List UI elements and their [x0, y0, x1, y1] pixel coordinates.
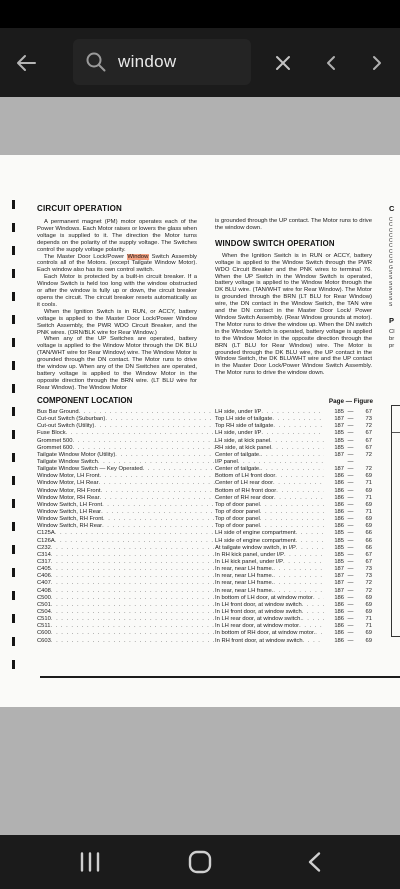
- component-location-heading: COMPONENT LOCATION: [37, 396, 132, 405]
- android-screen: window CIRCUIT OPERATION A permanent mag…: [0, 0, 400, 889]
- recents-icon: [79, 852, 101, 872]
- close-search-button[interactable]: [264, 41, 302, 85]
- table-row: C406In rear, near LH frame.187—73: [37, 573, 372, 580]
- sliver-line: br: [389, 336, 400, 343]
- back-chevron-icon: [306, 851, 322, 873]
- table-row: C501In LH front door, at window switch18…: [37, 602, 372, 609]
- table-row: C232At tailgate window switch, in I/P185…: [37, 545, 372, 552]
- table-row: C510In LH rear door, at window switch.18…: [37, 616, 372, 623]
- find-in-page-toolbar: window: [0, 28, 400, 97]
- table-row: C603In RH front door, at window switch18…: [37, 638, 372, 645]
- sliver-line: Cl: [389, 329, 400, 336]
- table-row: C504In LH front door, at window switch18…: [37, 609, 372, 616]
- chevron-left-icon: [324, 54, 338, 72]
- table-row: C407In rear, near LH frame.187—72: [37, 580, 372, 587]
- component-location-header: COMPONENT LOCATION Page — Figure: [37, 396, 373, 405]
- back-arrow-icon: [14, 51, 38, 75]
- sliver-lines: CCCCCCCCGGSSSSSSS: [389, 218, 400, 308]
- table-row: Cut-out Switch (Suburban)Top LH side of …: [37, 416, 372, 423]
- search-icon: [85, 51, 107, 73]
- sliver-lines-2: Clbrpr: [389, 329, 400, 350]
- paragraph: When the Ignition Switch is in RUN or AC…: [215, 253, 372, 377]
- table-row: C405In rear, near LH frame.187—73: [37, 566, 372, 573]
- table-row: Tailgate Window Motor (Utility)Center of…: [37, 452, 372, 459]
- table-row: Tailgate Window SwitchI/P panel—: [37, 459, 372, 466]
- search-highlight: Window: [127, 254, 149, 260]
- home-button[interactable]: [170, 835, 230, 889]
- table-row: Window Switch, LH FrontTop of door panel…: [37, 502, 372, 509]
- paragraph: A permanent magnet (PM) motor operates e…: [37, 219, 197, 254]
- paragraph: is grounded through the UP contact. The …: [215, 218, 372, 232]
- close-icon: [273, 53, 293, 73]
- table-row: Window Motor, LH RearCenter of LH rear d…: [37, 480, 372, 487]
- table-row: C500In bottom of LH door, at window moto…: [37, 595, 372, 602]
- sliver-line: S: [389, 303, 400, 308]
- paragraph-text: The Master Door Lock/Power: [44, 254, 127, 260]
- table-row: Window Motor, RH RearCenter of RH rear d…: [37, 495, 372, 502]
- status-bar: [0, 0, 400, 28]
- table-row: Grommet 600RH side, at kick panel185—67: [37, 445, 372, 452]
- next-match-button[interactable]: [360, 41, 394, 85]
- sliver-line: pr: [389, 343, 400, 350]
- section-divider: [40, 676, 400, 678]
- table-row: C314In RH kick panel, under I/P185—67: [37, 552, 372, 559]
- component-location-table: Bus Bar GroundLH side, under I/P185—67Cu…: [37, 409, 372, 645]
- table-row: C600In bottom of RH door, at window moto…: [37, 630, 372, 637]
- page-figure-label: Page — Figure: [329, 398, 373, 405]
- table-row: Window Switch, RH RearTop of door panel1…: [37, 523, 372, 530]
- table-row: Grommet 500LH side, at kick panel185—67: [37, 438, 372, 445]
- back-button[interactable]: [0, 41, 52, 85]
- navigation-back-button[interactable]: [284, 835, 344, 889]
- table-row: Cut-out Switch (Utility)Top RH side of t…: [37, 423, 372, 430]
- paragraph: When the Ignition Switch is in RUN, or A…: [37, 309, 197, 337]
- window-switch-operation-heading: WINDOW SWITCH OPERATION: [215, 239, 372, 248]
- table-row: Bus Bar GroundLH side, under I/P185—67: [37, 409, 372, 416]
- paragraph: Each Motor is protected by a built-in ci…: [37, 274, 197, 309]
- previous-match-button[interactable]: [314, 41, 348, 85]
- chevron-right-icon: [370, 54, 384, 72]
- sliver-heading: C: [389, 204, 400, 213]
- table-row: Fuse BlockLH side, under I/P185—67: [37, 430, 372, 437]
- search-input[interactable]: window: [73, 39, 251, 85]
- search-query-text: window: [118, 52, 177, 72]
- paragraph: The Master Door Lock/Power Window Switch…: [37, 254, 197, 275]
- paragraph: When any of the UP Switches are operated…: [37, 336, 197, 391]
- document-page[interactable]: CIRCUIT OPERATION A permanent magnet (PM…: [0, 155, 400, 707]
- circuit-operation-heading: CIRCUIT OPERATION: [37, 204, 197, 213]
- left-column: CIRCUIT OPERATION A permanent magnet (PM…: [37, 204, 197, 392]
- table-row: C125ALH side of engine compartment185—66: [37, 530, 372, 537]
- table-row: Window Switch, LH RearTop of door panel1…: [37, 509, 372, 516]
- android-navigation-bar: [0, 835, 400, 889]
- table-row: C126ALH side of engine compartment185—66: [37, 538, 372, 545]
- adjacent-column-sliver: C CCCCCCCCGGSSSSSSS P Clbrpr: [389, 204, 400, 350]
- home-icon: [188, 850, 212, 874]
- table-row: Window Motor, LH FrontBottom of LH front…: [37, 473, 372, 480]
- table-row: Window Switch, RH FrontTop of door panel…: [37, 516, 372, 523]
- figure-frame-sliver: [391, 405, 400, 637]
- table-row: C408In rear, near LH frame.187—72: [37, 588, 372, 595]
- table-row: Tailgate Window Switch — Key OperatedCen…: [37, 466, 372, 473]
- table-row: Window Motor, RH FrontBottom of RH front…: [37, 488, 372, 495]
- sliver-heading-2: P: [389, 316, 400, 325]
- recents-button[interactable]: [60, 835, 120, 889]
- document-viewer[interactable]: CIRCUIT OPERATION A permanent magnet (PM…: [0, 97, 400, 835]
- revision-change-bar: [12, 200, 15, 670]
- middle-column: is grounded through the UP contact. The …: [215, 218, 372, 377]
- table-row: C511In LH rear door, at window motor186—…: [37, 623, 372, 630]
- table-row: C317In LH kick panel, under I/P185—67: [37, 559, 372, 566]
